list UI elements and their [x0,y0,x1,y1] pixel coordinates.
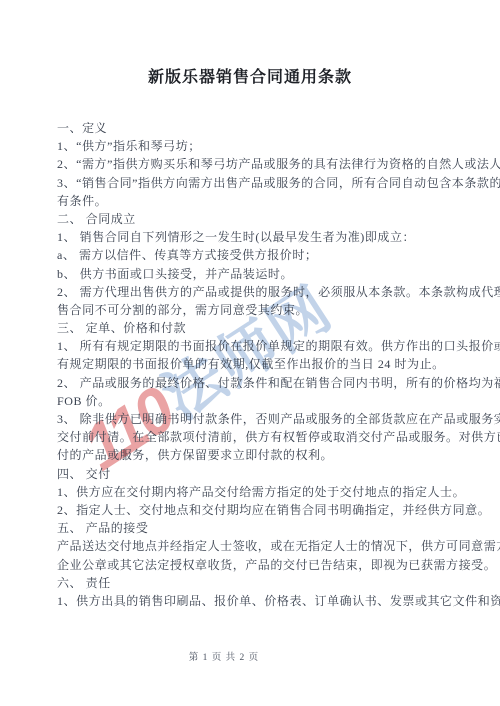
text-line: 2、 产品或服务的最终价格、付款条件和配在销售合同内书明，所有的价格均为福州 [57,374,450,392]
text-line: 2、“需方”指供方购买乐和琴弓坊产品或服务的具有法律行为资格的自然人或法人； [57,155,450,173]
text-line: 1、 所有有规定期限的书面报价在报价单规定的期限有效。供方作出的口头报价或没 [57,337,450,355]
text-line: 有规定期限的书面报价单的有效期,仅截至作出报价的当日 24 时为止。 [57,355,450,373]
text-line: 有条件。 [57,192,450,210]
text-line: 六、 责任 [57,574,450,592]
document-body: 一、定义1、“供方”指乐和琴弓坊；2、“需方”指供方购买乐和琴弓坊产品或服务的具… [57,119,450,610]
text-line: 1、 销售合同自下列情形之一发生时(以最早发生者为准)即成立： [57,228,450,246]
text-line: 1、供方应在交付期内将产品交付给需方指定的处于交付地点的指定人士。 [57,483,450,501]
text-line: a、 需方以信件、传真等方式接受供方报价时； [57,246,450,264]
text-line: 五、 产品的接受 [57,519,450,537]
text-line: 3、“销售合同”指供方向需方出售产品或服务的合同，所有合同自动包含本条款的所 [57,174,450,192]
text-line: 付的产品或服务，供方保留要求立即付款的权利。 [57,446,450,464]
document-page: 新版乐器销售合同通用条款 110法师网 一、定义1、“供方”指乐和琴弓坊；2、“… [0,0,500,706]
text-line: 交付前付清。在全部款项付清前，供方有权暂停或取消交付产品或服务。对供方已交 [57,428,450,446]
text-line: 1、供方出具的销售印刷品、报价单、价格表、订单确认书、发票或其它文件和资料的 [57,592,450,610]
text-line: 1、“供方”指乐和琴弓坊； [57,137,450,155]
text-line: 一、定义 [57,119,450,137]
text-line: 二、 合同成立 [57,210,450,228]
text-line: 2、 需方代理出售供方的产品或提供的服务时，必须服从本条款。本条款构成代理销 [57,283,450,301]
text-line: 产品送达交付地点并经指定人士签收，或在无指定人士的情况下，供方可同意需方凭 [57,537,450,555]
text-line: 企业公章或其它法定授权章收货，产品的交付已告结束，即视为已获需方接受。 [57,556,450,574]
text-line: b、 供方书面或口头接受，并产品装运时。 [57,265,450,283]
document-title: 新版乐器销售合同通用条款 [0,64,500,87]
text-line: 3、 除非供方已明确书明付款条件，否则产品或服务的全部货款应在产品或服务实际 [57,410,450,428]
text-line: 售合同不可分割的部分，需方同意受其约束。 [57,301,450,319]
page-footer: 第 1 页 共 2 页 [0,649,448,663]
text-line: 四、 交付 [57,465,450,483]
text-line: 2、指定人士、交付地点和交付期均应在销售合同书明确指定，并经供方同意。 [57,501,450,519]
text-line: FOB 价。 [57,392,450,410]
text-line: 三、 定单、价格和付款 [57,319,450,337]
